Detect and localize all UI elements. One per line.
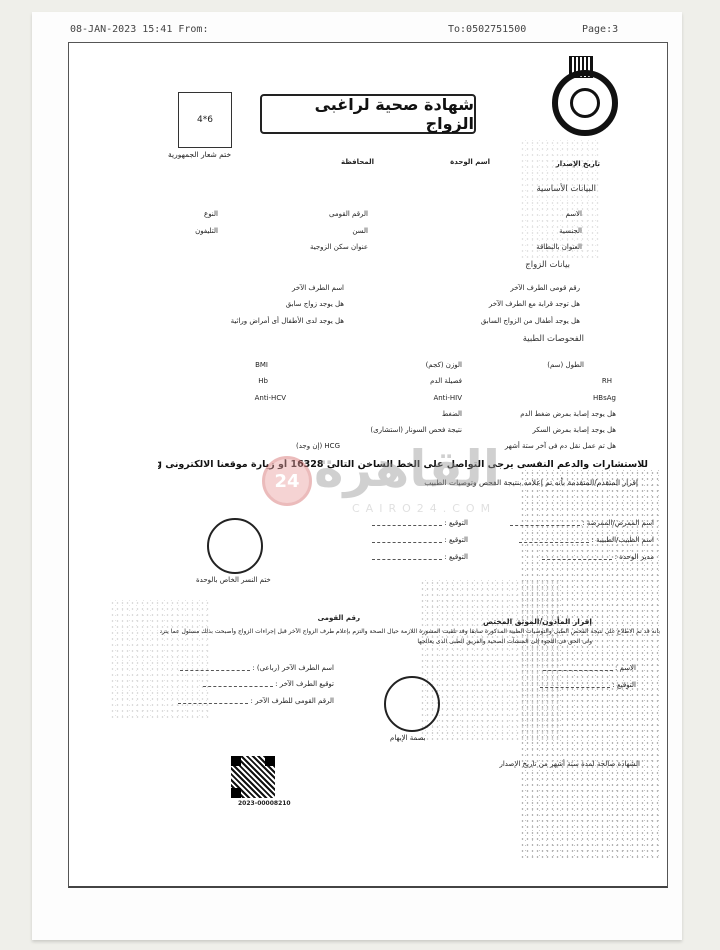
photo-caption: ختم شعار الجمهورية	[168, 150, 231, 159]
scan-noise	[420, 580, 560, 740]
hbsag-label: HBsAg	[593, 394, 616, 402]
imaging-label: نتيجة فحص السونار (استشارى)	[370, 426, 462, 434]
phone-label: التليفون	[195, 227, 218, 235]
registrar-sign-label: التوقيع	[617, 681, 636, 689]
scan-noise	[520, 140, 600, 260]
signature-row: التوقيع :	[372, 536, 468, 544]
doctor-sign-label: التوقيع	[449, 536, 468, 544]
ministry-of-health-logo-icon	[552, 70, 618, 136]
wife-address-label: عنوان سكن الزوجية	[310, 243, 368, 251]
signature-row: مدير الوحدة :	[542, 553, 654, 561]
signature-row: اسم الطبيب/الطبيبة :	[519, 536, 654, 544]
certificate-serial: 2023-00008210	[238, 800, 291, 807]
signature-row: التوقيع :	[372, 553, 468, 561]
governorate-label: المحافظة	[341, 158, 374, 166]
previous-marriage-label: هل يوجد زواج سابق	[286, 300, 344, 308]
signature-row: التوقيع :	[540, 681, 636, 689]
blood-transfusion-label: هل تم عمل نقل دم فى آخر ستة أشهر	[505, 442, 616, 450]
fax-recipient: To:0502751500	[448, 24, 526, 35]
registrar-name-label: الاسم	[620, 664, 636, 672]
blood-type-label: فصيلة الدم	[430, 377, 462, 385]
fax-datetime: 08-JAN-2023 15:41 From:	[70, 24, 208, 35]
weight-label: الوزن (كجم)	[426, 361, 462, 369]
name-label: الاسم	[566, 210, 582, 218]
certificate-title: شهادة صحية لراغبى الزواج	[260, 94, 476, 134]
anti-hiv-label: Anti-HIV	[433, 394, 462, 402]
basic-info-heading: البيانات الأساسية	[537, 184, 597, 194]
nurse-sign-label: التوقيع	[449, 519, 468, 527]
unit-stamp-label: ختم النسر الخاص بالوحدة	[196, 576, 271, 584]
registrar-heading: إقرار المأذون/الموثق المختص	[483, 617, 592, 626]
other-party-id-label: رقم قومى الطرف الآخر	[510, 284, 580, 292]
declaration-line-1: بأنه قد تم الاطلاع على نتيجة الفحص الطبى…	[160, 628, 660, 635]
children-previous-label: هل يوجد أطفال من الزواج السابق	[481, 317, 580, 325]
qr-code-icon	[230, 755, 276, 799]
other-party-sign-label: توقيع الطرف الآخر	[280, 680, 334, 688]
cairo24-watermark: 24 القاهرة CAIRO24.COM	[262, 440, 512, 520]
kinship-label: هل توجد قرابة مع الطرف الآخر	[489, 300, 580, 308]
address-label: العنوان بالبطاقة	[536, 243, 582, 251]
watermark-arabic: القاهرة	[314, 440, 500, 498]
signature-row: الاسم :	[543, 664, 636, 672]
doctor-name-label: اسم الطبيب/الطبيبة	[596, 536, 654, 544]
unit-director-label: مدير الوحدة	[619, 553, 654, 561]
anti-hcv-label: Anti-HCV	[255, 394, 286, 402]
nurse-name-label: اسم الممرض/الممرضة	[587, 519, 654, 527]
signature-row: الرقم القومى للطرف الآخر :	[178, 697, 334, 705]
children-genetic-label: هل يوجد لدى الأطفال أى أمراض وراثية	[231, 317, 344, 325]
fingerprint-label: بصمة الإبهام	[390, 734, 426, 742]
issue-date-label: تاريخ الإصدار	[556, 160, 600, 168]
other-party-national-id-label: الرقم القومى للطرف الآخر	[255, 697, 334, 705]
height-label: الطول (سم)	[547, 361, 584, 369]
marriage-info-heading: بيانات الزواج	[525, 260, 570, 270]
rh-label: RH	[602, 377, 612, 385]
nationality-label: الجنسية	[559, 227, 582, 235]
fingerprint-circle	[384, 676, 440, 732]
signature-row: اسم الطرف الآخر (رباعى) :	[180, 664, 334, 672]
signature-row: التوقيع :	[372, 519, 468, 527]
photo-box: 4*6	[178, 92, 232, 148]
age-label: السن	[352, 227, 368, 235]
national-id-label: الرقم القومى	[329, 210, 368, 218]
director-sign-label: التوقيع	[449, 553, 468, 561]
bmi-label: BMI	[255, 361, 268, 369]
watermark-latin: CAIRO24.COM	[352, 502, 496, 515]
medical-tests-heading: الفحوصات الطبية	[523, 334, 584, 344]
declaration-line-2: ولى الحق فى اللجوء إلى المنشآت الصحية وا…	[417, 638, 592, 645]
validity-note: الشهادة صالحة لمدة ستة أشهر من تاريخ الإ…	[499, 760, 640, 768]
hb-label: Hb	[258, 377, 268, 385]
signature-row: توقيع الطرف الآخر :	[203, 680, 334, 688]
bp-label: الضغط	[442, 410, 462, 418]
signature-row: اسم الممرض/الممرضة :	[510, 519, 654, 527]
bp-disease-label: هل يوجد إصابة بمرض ضغط الدم	[520, 410, 616, 418]
fax-page-number: Page:3	[582, 24, 618, 35]
other-party-name-label: اسم الطرف الآخر	[292, 284, 344, 292]
unit-stamp-circle	[207, 518, 263, 574]
cairo24-badge-icon: 24	[262, 456, 312, 506]
other-party-fullname-label: اسم الطرف الآخر (رباعى)	[257, 664, 334, 672]
unit-name-label: اسم الوحدة	[450, 158, 490, 166]
diabetes-label: هل يوجد إصابة بمرض السكر	[532, 426, 616, 434]
registrar-id-label: رقم القومى	[318, 614, 360, 622]
gender-label: النوع	[204, 210, 218, 218]
